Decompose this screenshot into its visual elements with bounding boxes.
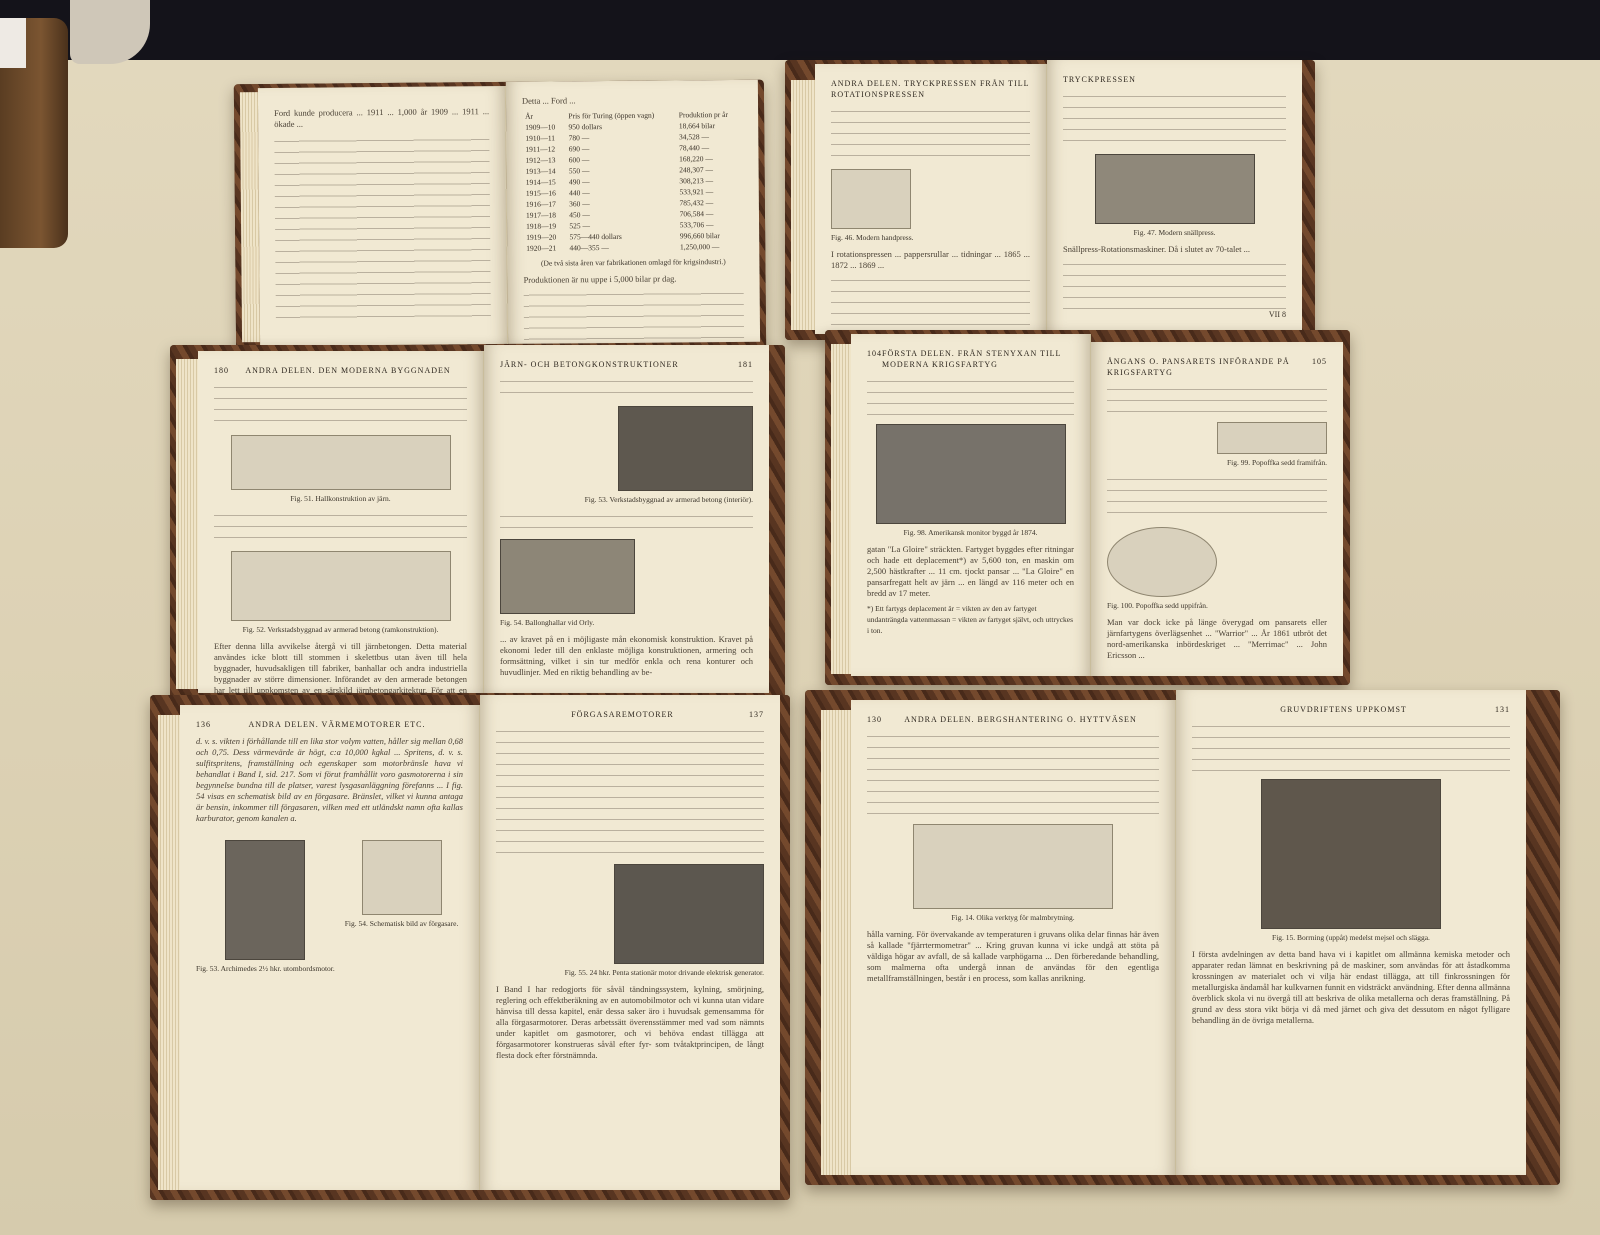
- body-text: ... av kravet på en i möjligaste mån eko…: [500, 634, 753, 678]
- figure-caption: Fig. 99. Popoffka sedd framifrån.: [1107, 457, 1327, 468]
- page-edges: [158, 715, 180, 1190]
- figure-caption: Fig. 98. Amerikansk monitor byggd år 187…: [867, 527, 1074, 538]
- figure-caption: Fig. 52. Verkstadsbyggnad av armerad bet…: [214, 624, 467, 635]
- text-block: [214, 382, 467, 427]
- left-page: ANDRA DELEN. TRYCKPRESSEN FRÅN TILL ROTA…: [815, 64, 1047, 334]
- book-bottom-right: 130ANDRA DELEN. BERGSHANTERING O. HYTTVÄ…: [805, 690, 1560, 1185]
- text-block: [1107, 384, 1327, 414]
- text-block: [867, 731, 1159, 816]
- signature-mark: VII 8: [1063, 309, 1286, 320]
- factory-interior-photo: [618, 406, 753, 491]
- arch-hall-figure: [231, 435, 451, 490]
- body-text: Efter denna lilla avvikelse återgå vi ti…: [214, 641, 467, 693]
- page-edges: [831, 344, 851, 674]
- body-text: gatan "La Gloire" sträckten. Fartyget by…: [867, 544, 1074, 599]
- page-edges: [821, 710, 851, 1175]
- figure-caption: Fig. 53. Verkstadsbyggnad av armerad bet…: [500, 494, 753, 505]
- table-row: 1920—21440—355 —1,250,000 —: [523, 241, 743, 254]
- running-head: JÄRN- OCH BETONGKONSTRUKTIONER181: [500, 359, 753, 370]
- right-page: GRUVDRIFTENS UPPKOMST131 Fig. 15. Borrni…: [1176, 690, 1526, 1175]
- right-page: Detta ... Ford ... År Pris för Turing (ö…: [506, 80, 760, 344]
- handpress-figure: [831, 169, 911, 229]
- text-block: [524, 288, 745, 344]
- text-block: [1192, 721, 1510, 771]
- body-text: I rotationspressen ... pappersrullar ...…: [831, 249, 1030, 271]
- figure-caption: Fig. 51. Hallkonstruktion av järn.: [214, 493, 467, 504]
- running-head: TRYCKPRESSEN: [1063, 74, 1286, 85]
- figure-caption: Fig. 54. Schematisk bild av förgasare.: [345, 918, 459, 929]
- right-page: JÄRN- OCH BETONGKONSTRUKTIONER181 Fig. 5…: [484, 345, 769, 693]
- left-page: Ford kunde producera ... 1911 ... 1,000 …: [258, 86, 508, 346]
- table-note: (De två sista åren var fabrikationen oml…: [523, 256, 743, 269]
- dark-backdrop: [0, 0, 1600, 64]
- body-text: Man var dock icke på länge överygad om p…: [1107, 617, 1327, 661]
- text-block: [1107, 474, 1327, 519]
- popoffka-top-figure: [1107, 527, 1217, 597]
- right-page: TRYCKPRESSEN Fig. 47. Modern snällpress.…: [1047, 60, 1302, 334]
- mine-drilling-photo: [1261, 779, 1441, 929]
- left-page: 180ANDRA DELEN. DEN MODERNA BYGGNADEN Fi…: [198, 351, 484, 693]
- text-block: [867, 376, 1074, 416]
- page-edges: [791, 80, 815, 330]
- text-block: [1063, 259, 1286, 309]
- orly-hangars-photo: [500, 539, 635, 614]
- outboard-motor-figure: [225, 840, 305, 960]
- text-block: [274, 134, 491, 326]
- left-page: 130ANDRA DELEN. BERGSHANTERING O. HYTTVÄ…: [851, 700, 1176, 1175]
- page-edges: [176, 359, 198, 689]
- figure-caption: Fig. 46. Modern handpress.: [831, 232, 1030, 243]
- mining-tools-figure: [913, 824, 1113, 909]
- running-head: FÖRGASAREMOTORER137: [496, 709, 764, 720]
- factory-section-figure: [231, 551, 451, 621]
- figure-caption: Fig. 14. Olika verktyg för malmbrytning.: [867, 912, 1159, 923]
- book-bottom-left: 136ANDRA DELEN. VÄRMEMOTORER ETC. d. v. …: [150, 695, 790, 1200]
- right-page: FÖRGASAREMOTORER137 Fig. 55. 24 hkr. Pen…: [480, 695, 780, 1190]
- book-top-left: Ford kunde producera ... 1911 ... 1,000 …: [234, 80, 766, 355]
- page-edges: [240, 92, 260, 342]
- right-page: ÅNGANS O. PANSARETS INFÖRANDE PÅ KRIGSFA…: [1091, 342, 1343, 676]
- body-text: Ford kunde producera ... 1911 ... 1,000 …: [274, 106, 489, 130]
- body-text: I Band I har redogjorts för såväl tändni…: [496, 984, 764, 1061]
- text-block: [214, 510, 467, 543]
- summary-text: Produktionen är nu uppe i 5,000 bilar pr…: [524, 273, 744, 286]
- text-block: [831, 275, 1030, 334]
- monitor-ship-photo: [876, 424, 1066, 524]
- running-head: GRUVDRIFTENS UPPKOMST131: [1192, 704, 1510, 715]
- paper-sheet: [0, 18, 26, 68]
- figure-caption: Fig. 55. 24 hkr. Penta stationär motor d…: [496, 967, 764, 978]
- book-top-right: ANDRA DELEN. TRYCKPRESSEN FRÅN TILL ROTA…: [785, 60, 1315, 340]
- running-head: 130ANDRA DELEN. BERGSHANTERING O. HYTTVÄ…: [867, 714, 1159, 725]
- snallpress-figure: [1095, 154, 1255, 224]
- book-middle-left: 180ANDRA DELEN. DEN MODERNA BYGGNADEN Fi…: [170, 345, 785, 700]
- wooden-box: [0, 18, 68, 248]
- carburetor-schematic-figure: [362, 840, 442, 915]
- text-block: [500, 376, 753, 398]
- body-text: Snällpress-Rotationsmaskiner. Då i slute…: [1063, 244, 1286, 255]
- text-block: [500, 511, 753, 531]
- book-middle-right: 104FÖRSTA DELEN. FRÅN STENYXAN TILL MODE…: [825, 330, 1350, 685]
- footnote: *) Ett fartygs deplacement är = vikten a…: [867, 603, 1074, 636]
- ford-production-table: År Pris för Turing (öppen vagn) Produkti…: [522, 109, 743, 254]
- left-page: 104FÖRSTA DELEN. FRÅN STENYXAN TILL MODE…: [851, 334, 1091, 676]
- running-head: 104FÖRSTA DELEN. FRÅN STENYXAN TILL MODE…: [867, 348, 1074, 370]
- figure-caption: Fig. 54. Ballonghallar vid Orly.: [500, 617, 753, 628]
- running-head: 180ANDRA DELEN. DEN MODERNA BYGGNADEN: [214, 365, 467, 376]
- popoffka-front-figure: [1217, 422, 1327, 454]
- figure-caption: Fig. 47. Modern snällpress.: [1063, 227, 1286, 238]
- text-block: [831, 106, 1030, 161]
- intro-text: Detta ... Ford ...: [522, 94, 742, 107]
- running-head: [274, 100, 489, 102]
- body-text: I första avdelningen av detta band hava …: [1192, 949, 1510, 1026]
- running-head: ÅNGANS O. PANSARETS INFÖRANDE PÅ KRIGSFA…: [1107, 356, 1327, 378]
- text-block: [1063, 91, 1286, 146]
- figure-caption: Fig. 100. Popoffka sedd uppifrån.: [1107, 600, 1327, 611]
- running-head: ANDRA DELEN. TRYCKPRESSEN FRÅN TILL ROTA…: [831, 78, 1030, 100]
- figure-caption: Fig. 53. Archimedes 2½ hkr. utombordsmot…: [196, 963, 335, 974]
- penta-generator-photo: [614, 864, 764, 964]
- figure-caption: Fig. 15. Borrning (uppåt) medelst mejsel…: [1192, 932, 1510, 943]
- left-page: 136ANDRA DELEN. VÄRMEMOTORER ETC. d. v. …: [180, 705, 480, 1190]
- body-text: hålla varning. För övervakande av temper…: [867, 929, 1159, 984]
- body-text: d. v. s. vikten i förhållande till en li…: [196, 736, 463, 824]
- running-head: 136ANDRA DELEN. VÄRMEMOTORER ETC.: [196, 719, 463, 730]
- text-block: [496, 726, 764, 856]
